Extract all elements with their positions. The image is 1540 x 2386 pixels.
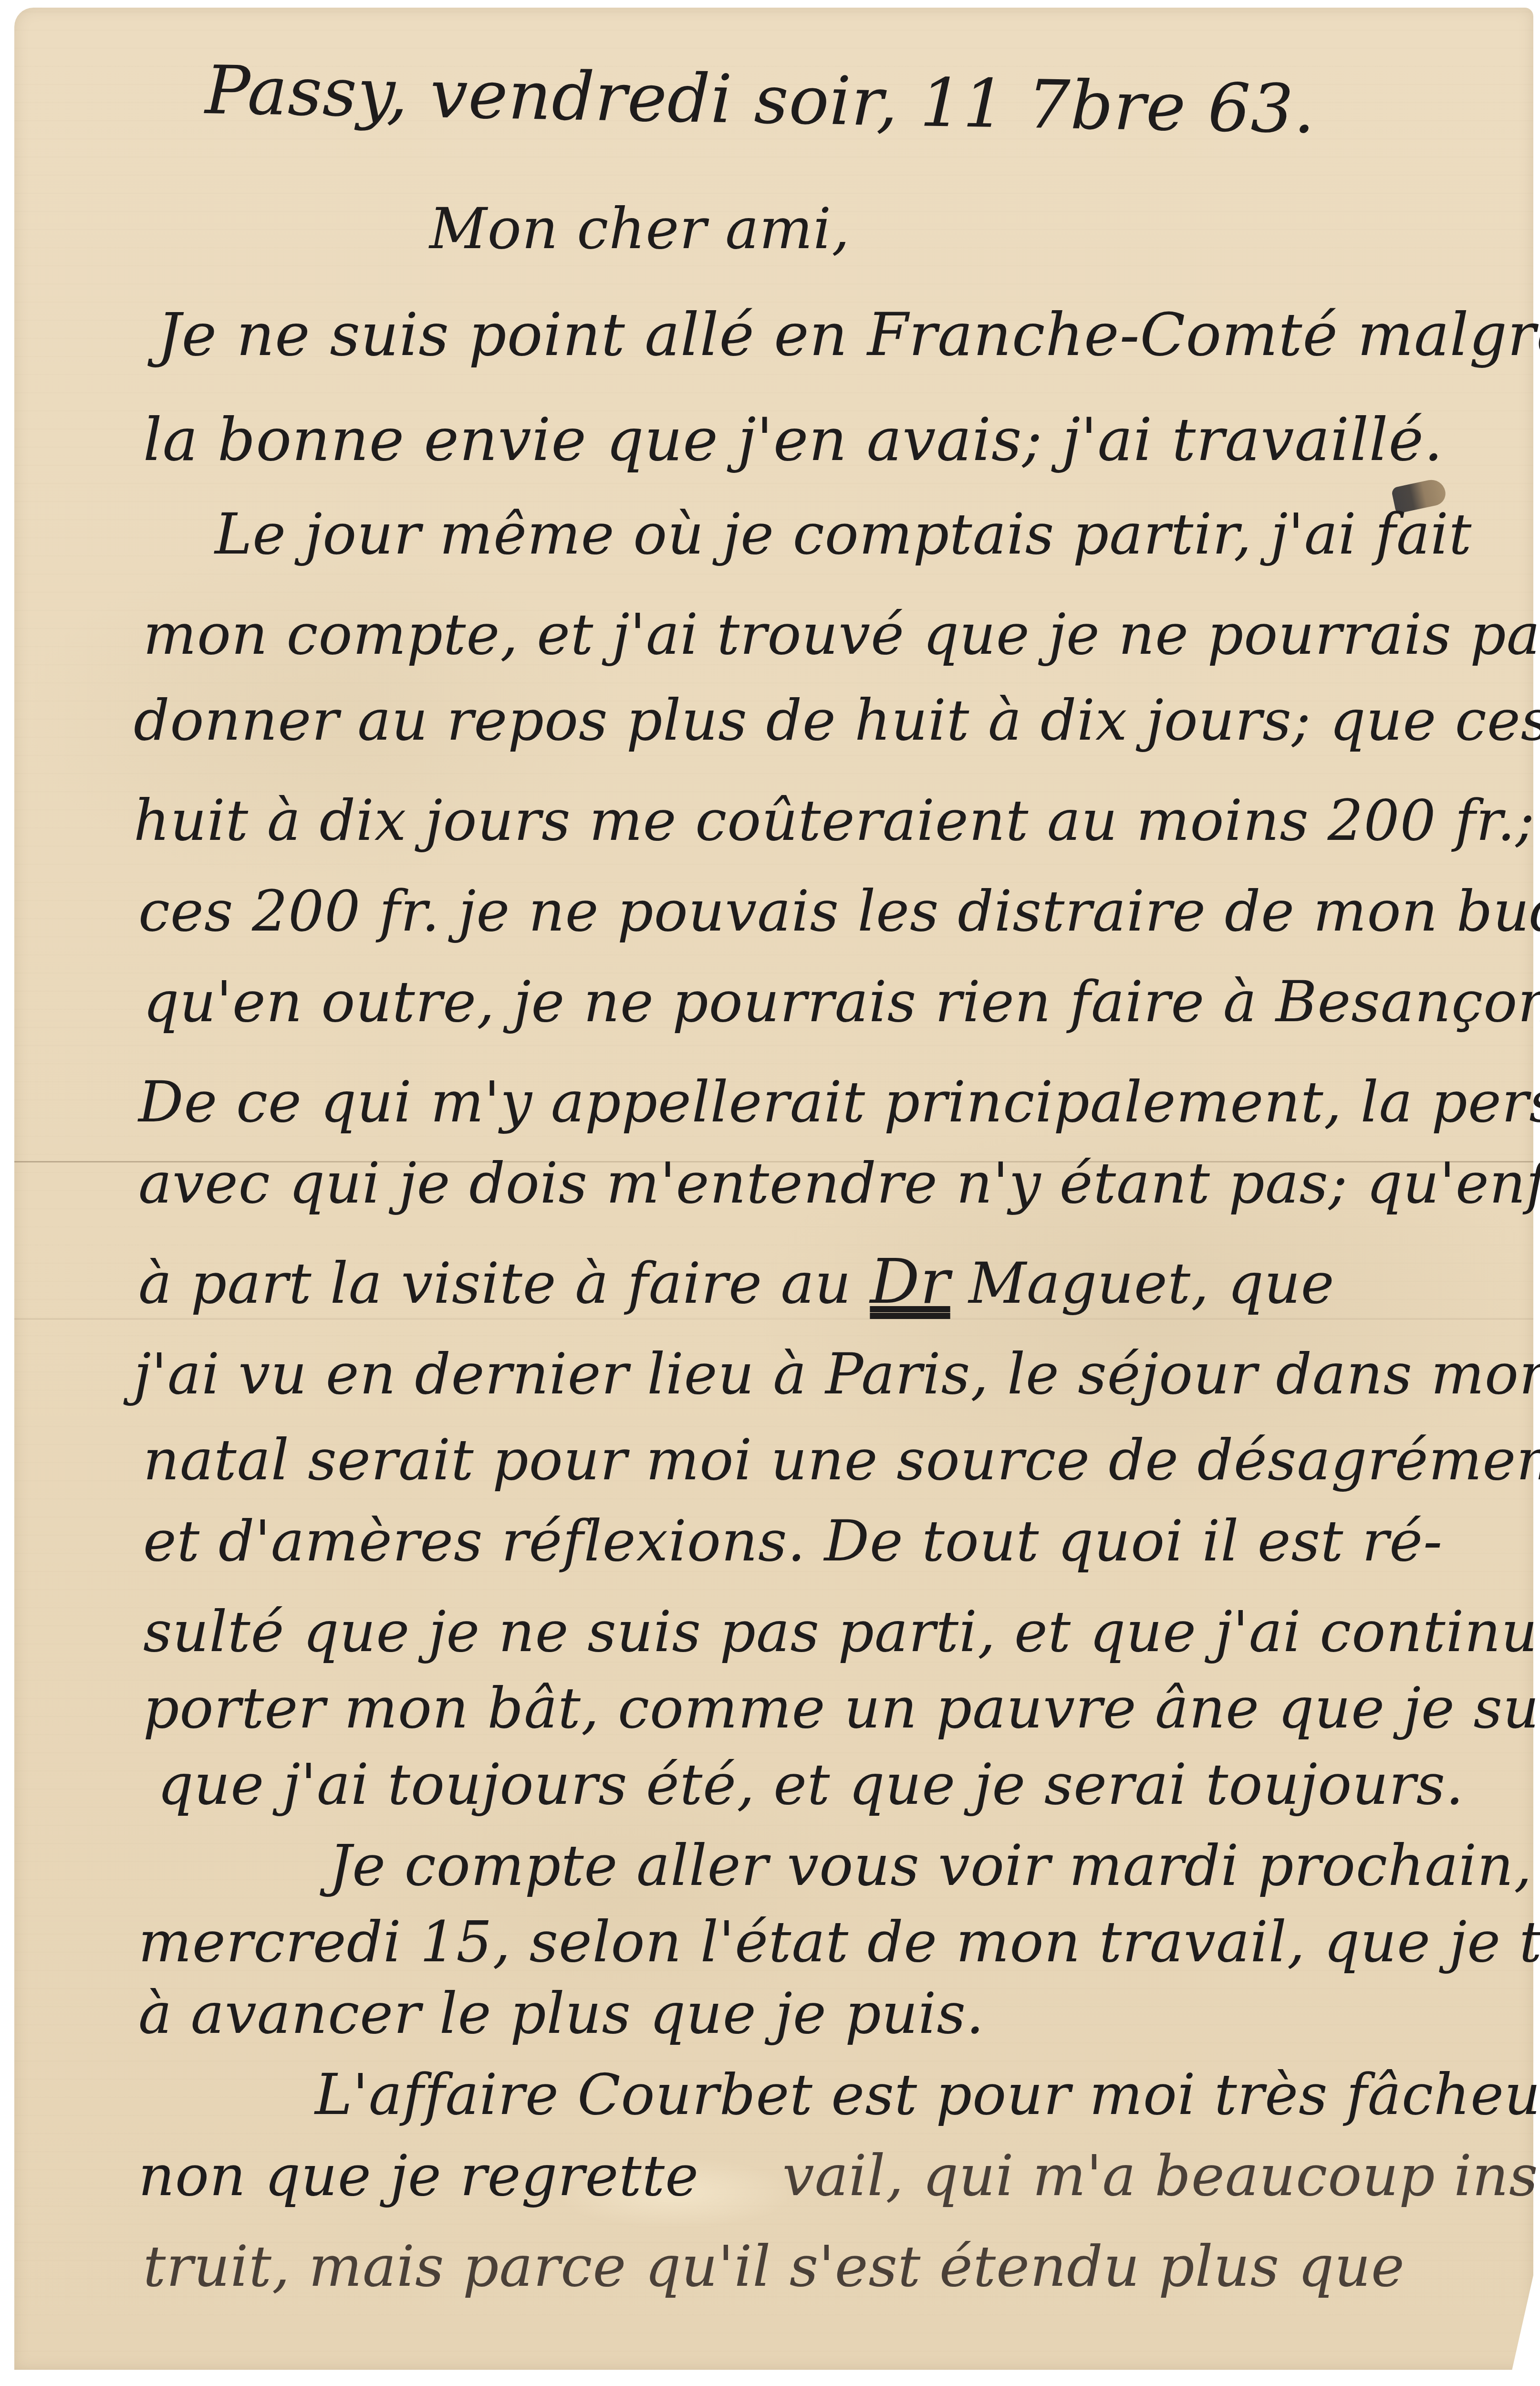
letter-line-partial: vail, qui m'a beaucoup ins- [782,2147,1540,2204]
letter-line-start: à part la visite à faire au [138,1250,852,1316]
letter-line: mercredi 15, selon l'état de mon travail… [138,1914,1540,1970]
letter-line: huit à dix jours me coûteraient au moins… [134,792,1540,848]
letter-line: natal serait pour moi une source de désa… [143,1432,1540,1488]
letter-line: donner au repos plus de huit à dix jours… [134,692,1540,748]
salutation: Mon cher ami, [429,200,850,257]
letter-line-partial: non que je regrette [138,2147,699,2204]
letter-line-end: Maguet, que [968,1250,1334,1316]
letter-line: Je ne suis point allé en Franche-Comté m… [157,305,1540,365]
letter-line: porter mon bât, comme un pauvre âne que … [143,1680,1540,1736]
letter-line: De ce qui m'y appellerait principalement… [138,1074,1540,1130]
letter-line: mon compte, et j'ai trouvé que je ne pou… [143,606,1540,662]
doctor-abbreviation: Dr [870,1250,950,1312]
letter-line: Je compte aller vous voir mardi prochain… [329,1837,1540,1894]
letter-line: la bonne envie que j'en avais; j'ai trav… [143,410,1443,470]
letter-line: et d'amères réflexions. De tout quoi il … [143,1513,1443,1569]
letter-line: truit, mais parce qu'il s'est étendu plu… [143,2238,1405,2294]
letter-line: à avancer le plus que je puis. [138,1985,985,2041]
letter-line: Le jour même où je comptais partir, j'ai… [215,506,1472,562]
letter-line: qu'en outre, je ne pourrais rien faire à… [143,973,1540,1030]
letter-heading-date: Passy, vendredi soir, 11 7bre 63. [205,57,1316,144]
letter-line: L'affaire Courbet est pour moi très fâch… [315,2066,1540,2123]
letter-line: ces 200 fr. je ne pouvais les distraire … [138,883,1540,939]
letter-text: Passy, vendredi soir, 11 7bre 63. Mon ch… [0,0,1540,2386]
letter-line: j'ai vu en dernier lieu à Paris, le séjo… [134,1346,1540,1402]
letter-line: que j'ai toujours été, et que je serai t… [157,1756,1464,1812]
letter-line: avec qui je dois m'entendre n'y étant pa… [138,1155,1540,1211]
letter-line: sulté que je ne suis pas parti, et que j… [143,1603,1540,1660]
letter-line: à part la visite à faire au Dr Maguet, q… [138,1250,1335,1312]
